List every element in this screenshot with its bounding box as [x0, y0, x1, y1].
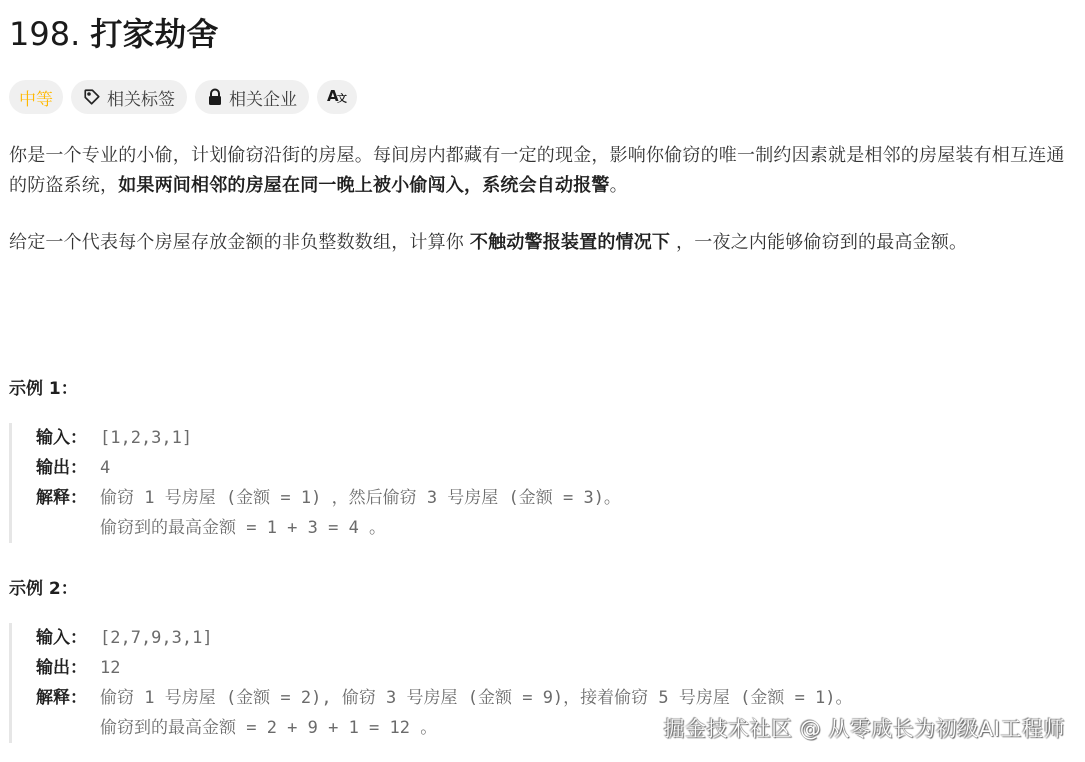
example-output: 输出： 4: [36, 453, 1076, 483]
tag-bar: 中等 相关标签 相关企业 A: [9, 80, 357, 114]
translate-button[interactable]: A 文: [317, 80, 357, 114]
difficulty-label: 中等: [19, 85, 53, 110]
example-1-block: 输入： [1,2,3,1] 输出： 4 解释： 偷窃 1 号房屋 (金额 = 1…: [9, 423, 1076, 543]
emphasis-text: 不触动警报装置的情况下: [470, 232, 670, 253]
difficulty-badge: 中等: [9, 80, 63, 114]
svg-text:文: 文: [337, 92, 347, 104]
related-topics-label: 相关标签: [107, 85, 175, 110]
description-paragraph-2: 给定一个代表每个房屋存放金额的非负整数数组，计算你 不触动警报装置的情况下 ，一…: [9, 228, 1079, 258]
example-explanation: 解释： 偷窃 1 号房屋 (金额 = 1) ，然后偷窃 3 号房屋 (金额 = …: [36, 483, 1076, 513]
example-input: 输入： [2,7,9,3,1]: [36, 623, 1076, 653]
example-2-title: 示例 2：: [9, 574, 78, 599]
related-companies-label: 相关企业: [229, 85, 297, 110]
tag-icon: [83, 88, 101, 106]
emphasis-text: 如果两间相邻的房屋在同一晚上被小偷闯入，系统会自动报警: [118, 175, 609, 196]
lock-icon: [207, 88, 223, 106]
description-paragraph-1: 你是一个专业的小偷，计划偷窃沿街的房屋。每间房内都藏有一定的现金，影响你偷窃的唯…: [9, 141, 1079, 201]
related-companies-button[interactable]: 相关企业: [195, 80, 309, 114]
problem-title: 打家劫舍: [90, 15, 218, 53]
related-topics-button[interactable]: 相关标签: [71, 80, 187, 114]
translate-icon: A 文: [327, 86, 347, 108]
watermark: 掘金技术社区 @ 从零成长为初级AI工程师: [664, 713, 1065, 743]
example-input: 输入： [1,2,3,1]: [36, 423, 1076, 453]
example-explanation-cont: 偷窃到的最高金额 = 1 + 3 = 4 。: [36, 513, 1076, 543]
problem-number: 198.: [9, 15, 80, 53]
example-explanation: 解释： 偷窃 1 号房屋 (金额 = 2), 偷窃 3 号房屋 (金额 = 9)…: [36, 683, 1076, 713]
example-1-title: 示例 1：: [9, 374, 78, 399]
example-output: 输出： 12: [36, 653, 1076, 683]
page-title: 198. 打家劫舍: [9, 12, 218, 56]
